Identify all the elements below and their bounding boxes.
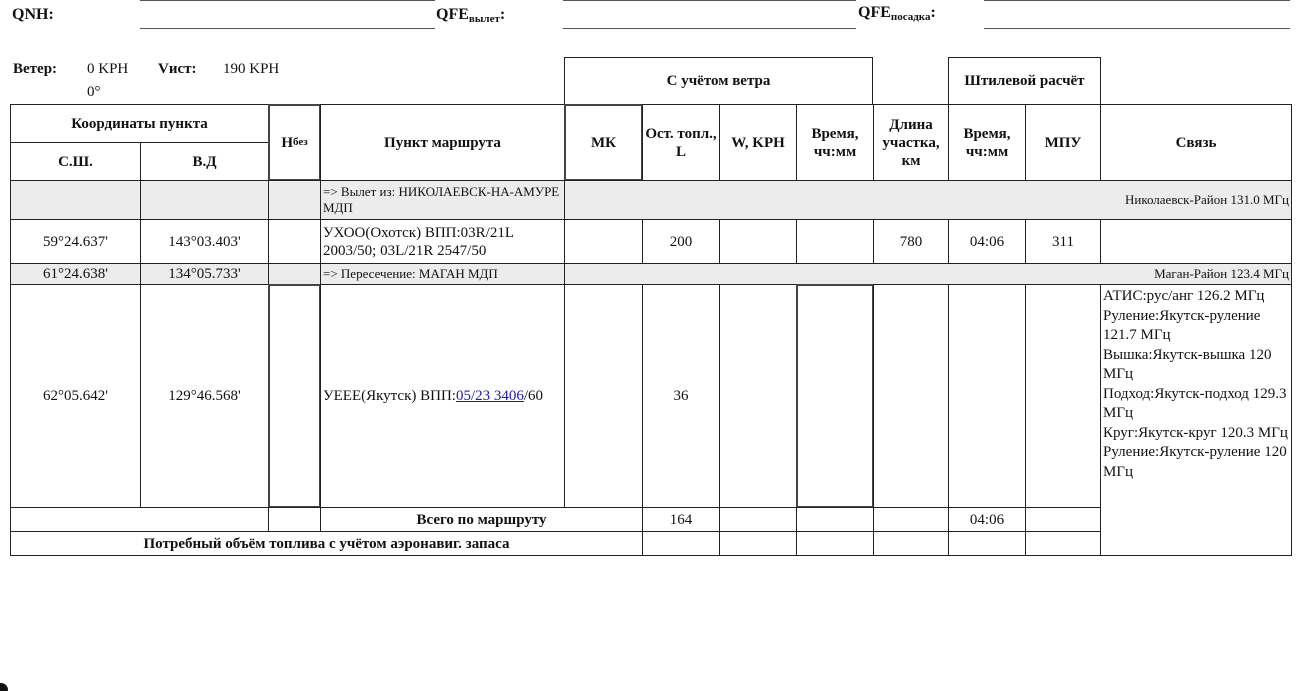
row3-lat: 62°05.642' (10, 284, 141, 508)
totals-fuel: 164 (642, 507, 720, 532)
row3-time-wind (796, 284, 874, 508)
col-time-calm: Время, чч:мм (948, 104, 1026, 181)
qfe-departure-field[interactable] (563, 28, 856, 29)
comm-line: Руление:Якутск-руление 120 МГц (1103, 443, 1291, 482)
row3-waypoint-text: УЕЕЕ(Якутск) ВПП:05/23 3406/60 (323, 387, 543, 405)
fuel-required-time-wind (796, 531, 874, 556)
qfe-departure-label: QFEвылет: (436, 6, 505, 25)
wind-speed: 0 KPH (87, 61, 128, 78)
row1-mk (564, 219, 643, 264)
tas-label: Vист: (158, 61, 197, 78)
row3-comm: АТИС:рус/анг 126.2 МГц Руление:Якутск-ру… (1100, 284, 1292, 556)
fuel-required-leg-length (873, 531, 949, 556)
col-lon: В.Д (140, 142, 269, 181)
tas-value: 190 KPH (223, 61, 279, 78)
group-header-calm: Штилевой расчёт (948, 57, 1101, 105)
qfe-landing-field[interactable] (984, 28, 1290, 29)
col-ground-speed: W, KPH (719, 104, 797, 181)
col-h-safe: Hбез (268, 104, 321, 181)
totals-time-wind (796, 507, 874, 532)
totals-mpu (1025, 507, 1101, 532)
col-coordinates: Координаты пункта (10, 104, 269, 143)
totals-ground-speed (719, 507, 797, 532)
col-lat: С.Ш. (10, 142, 141, 181)
comm-line: Подход:Якутск-подход 129.3 МГц (1103, 385, 1291, 424)
row1-ground-speed (719, 219, 797, 264)
fuel-required-mpu (1025, 531, 1101, 556)
row3-time-calm (948, 284, 1026, 508)
totals-blank (10, 507, 269, 532)
totals-label: Всего по маршруту (320, 507, 643, 532)
comm-line: Круг:Якутск-круг 120.3 МГц (1103, 424, 1288, 444)
row0-lon (140, 180, 269, 220)
fuel-required-fuel (642, 531, 720, 556)
row2-comm: Маган-Район 123.4 МГц (564, 263, 1292, 285)
totals-h-safe (268, 507, 321, 532)
row1-time-wind (796, 219, 874, 264)
window-corner (0, 683, 8, 691)
row2-waypoint: => Пересечение: МАГАН МДП (320, 263, 565, 285)
fuel-required-label: Потребный объём топлива с учётом аэронав… (10, 531, 643, 556)
row1-lat: 59°24.637' (10, 219, 141, 264)
col-mk: МК (564, 104, 643, 181)
row1-fuel: 200 (642, 219, 720, 264)
row1-mpu: 311 (1025, 219, 1101, 264)
comm-line: АТИС:рус/анг 126.2 МГц (1103, 287, 1264, 307)
col-leg-length: Длина участка, км (873, 104, 949, 181)
qfe-landing-label: QFEпосадка: (858, 4, 936, 23)
row3-fuel: 36 (642, 284, 720, 508)
row1-comm (1100, 219, 1292, 264)
qnh-field[interactable] (140, 28, 435, 29)
col-fuel-remaining: Ост. топл., L (642, 104, 720, 181)
fuel-required-time-calm (948, 531, 1026, 556)
row3-waypoint: УЕЕЕ(Якутск) ВПП:05/23 3406/60 (320, 284, 565, 508)
row0-waypoint: => Вылет из: НИКОЛАЕВСК-НА-АМУРЕ МДП (320, 180, 565, 220)
row1-waypoint: УХОО(Охотск) ВПП:03R/21L 2003/50; 03L/21… (320, 219, 565, 264)
totals-time-calm: 04:06 (948, 507, 1026, 532)
row3-lon: 129°46.568' (140, 284, 269, 508)
row1-leg-length: 780 (873, 219, 949, 264)
group-header-with-wind: С учётом ветра (564, 57, 873, 105)
row2-lat: 61°24.638' (10, 263, 141, 285)
col-time-wind: Время, чч:мм (796, 104, 874, 181)
row3-leg-length (873, 284, 949, 508)
col-waypoint: Пункт маршрута (320, 104, 565, 181)
row0-h-safe (268, 180, 321, 220)
row2-lon: 134°05.733' (140, 263, 269, 285)
row1-time-calm: 04:06 (948, 219, 1026, 264)
row1-lon: 143°03.403' (140, 219, 269, 264)
row0-comm: Николаевск-Район 131.0 МГц (564, 180, 1292, 220)
top-rule-2 (563, 0, 856, 1)
runway-link[interactable]: 05/23 3406 (456, 388, 524, 404)
wind-label: Ветер: (13, 61, 57, 78)
top-rule-3 (984, 0, 1290, 1)
qnh-label: QNH: (12, 6, 54, 24)
comm-line: Вышка:Якутск-вышка 120 МГц (1103, 346, 1291, 385)
row2-h-safe (268, 263, 321, 285)
comm-line: Руление:Якутск-руление 121.7 МГц (1103, 307, 1291, 346)
col-comm: Связь (1100, 104, 1292, 181)
row3-ground-speed (719, 284, 797, 508)
row3-mk (564, 284, 643, 508)
col-mpu: МПУ (1025, 104, 1101, 181)
totals-leg-length (873, 507, 949, 532)
wind-direction: 0° (87, 84, 101, 101)
top-rule-1 (140, 0, 435, 1)
row3-h-safe (268, 284, 321, 508)
row0-lat (10, 180, 141, 220)
row1-h-safe (268, 219, 321, 264)
row3-mpu (1025, 284, 1101, 508)
fuel-required-ground-speed (719, 531, 797, 556)
